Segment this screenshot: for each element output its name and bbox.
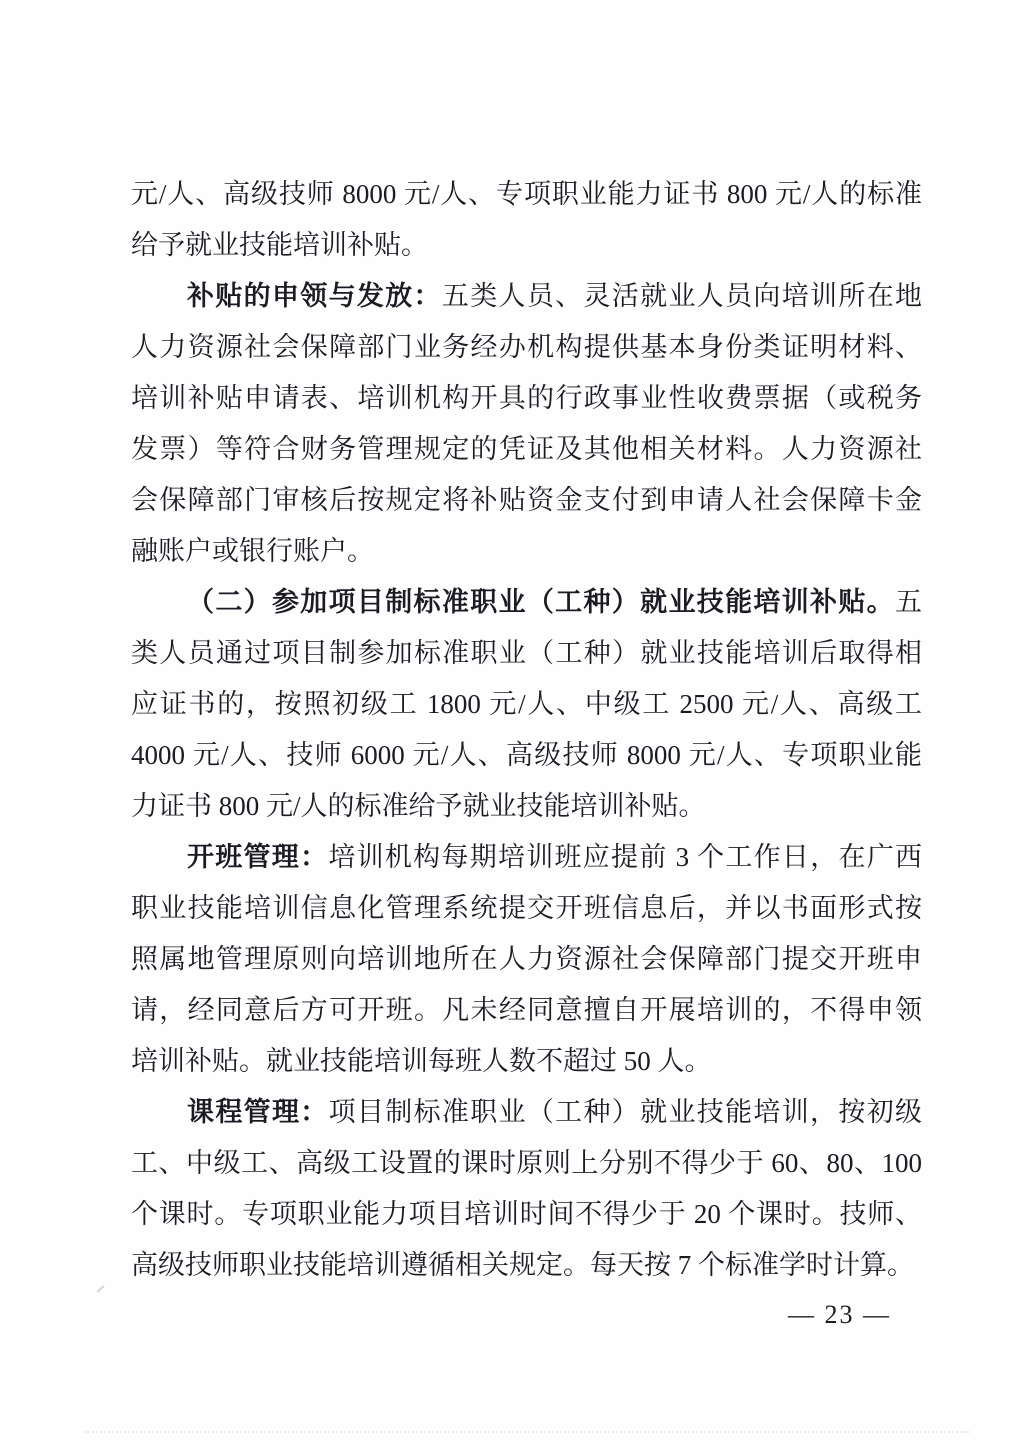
text-line: 人力资源社会保障部门业务经办机构提供基本身份类证明材料、 (131, 322, 922, 373)
text-line: （二）参加项目制标准职业（工种）就业技能培训补贴。五 (131, 577, 922, 628)
text-line: 高级技师职业技能培训遵循相关规定。每天按 7 个标准学时计算。 (131, 1240, 922, 1291)
text-line: 会保障部门审核后按规定将补贴资金支付到申请人社会保障卡金 (131, 475, 922, 526)
text-line: 发票）等符合财务管理规定的凭证及其他相关材料。人力资源社 (131, 424, 922, 475)
text-segment: 五 (895, 587, 922, 617)
text-line: 工、中级工、高级工设置的课时原则上分别不得少于 60、80、100 (131, 1138, 922, 1189)
text-segment: 力证书 800 元/人的标准给予就业技能培训补贴。 (131, 791, 706, 821)
bold-text-segment: 开班管理： (187, 842, 328, 872)
text-line: 照属地管理原则向培训地所在人力资源社会保障部门提交开班申 (131, 934, 922, 985)
text-segment: 培训机构每期培训班应提前 3 个工作日，在广西 (328, 842, 922, 872)
text-line: 培训补贴申请表、培训机构开具的行政事业性收费票据（或税务 (131, 373, 922, 424)
text-segment: 会保障部门审核后按规定将补贴资金支付到申请人社会保障卡金 (131, 485, 922, 515)
scan-artifact-line (85, 1431, 969, 1433)
text-segment: 人力资源社会保障部门业务经办机构提供基本身份类证明材料、 (131, 332, 922, 362)
text-line: 力证书 800 元/人的标准给予就业技能培训补贴。 (131, 781, 922, 832)
document-page: 元/人、高级技师 8000 元/人、专项职业能力证书 800 元/人的标准给予就… (0, 0, 1024, 1448)
text-line: 职业技能培训信息化管理系统提交开班信息后，并以书面形式按 (131, 883, 922, 934)
text-segment: 照属地管理原则向培训地所在人力资源社会保障部门提交开班申 (131, 944, 922, 974)
text-line: 培训补贴。就业技能培训每班人数不超过 50 人。 (131, 1036, 922, 1087)
text-line: 给予就业技能培训补贴。 (131, 220, 922, 271)
text-segment: 4000 元/人、技师 6000 元/人、高级技师 8000 元/人、专项职业能 (131, 740, 922, 770)
text-line: 课程管理：项目制标准职业（工种）就业技能培训，按初级 (131, 1087, 922, 1138)
page-number-label: — 23 — (788, 1300, 891, 1329)
text-segment: 元/人、高级技师 8000 元/人、专项职业能力证书 800 元/人的标准 (131, 179, 922, 209)
text-segment: 给予就业技能培训补贴。 (131, 230, 428, 260)
text-segment: 高级技师职业技能培训遵循相关规定。每天按 7 个标准学时计算。 (131, 1250, 914, 1280)
text-segment: 培训补贴申请表、培训机构开具的行政事业性收费票据（或税务 (131, 383, 922, 413)
text-segment: 工、中级工、高级工设置的课时原则上分别不得少于 60、80、100 (131, 1148, 922, 1178)
text-segment: 培训补贴。就业技能培训每班人数不超过 50 人。 (131, 1046, 712, 1076)
text-line: 4000 元/人、技师 6000 元/人、高级技师 8000 元/人、专项职业能 (131, 730, 922, 781)
text-line: 个课时。专项职业能力项目培训时间不得少于 20 个课时。技师、 (131, 1189, 922, 1240)
paragraph: 开班管理：培训机构每期培训班应提前 3 个工作日，在广西职业技能培训信息化管理系… (131, 832, 922, 1087)
text-segment: 融账户或银行账户。 (131, 536, 374, 566)
text-segment: 职业技能培训信息化管理系统提交开班信息后，并以书面形式按 (131, 893, 922, 923)
bold-text-segment: 课程管理： (187, 1097, 329, 1127)
paragraph: 补贴的申领与发放：五类人员、灵活就业人员向培训所在地人力资源社会保障部门业务经办… (131, 271, 922, 577)
text-line: 开班管理：培训机构每期培训班应提前 3 个工作日，在广西 (131, 832, 922, 883)
text-segment: 个课时。专项职业能力项目培训时间不得少于 20 个课时。技师、 (131, 1199, 922, 1229)
text-line: 元/人、高级技师 8000 元/人、专项职业能力证书 800 元/人的标准 (131, 169, 922, 220)
bold-text-segment: （二）参加项目制标准职业（工种）就业技能培训补贴。 (187, 587, 895, 617)
document-body: 元/人、高级技师 8000 元/人、专项职业能力证书 800 元/人的标准给予就… (131, 169, 922, 1291)
paragraph: （二）参加项目制标准职业（工种）就业技能培训补贴。五类人员通过项目制参加标准职业… (131, 577, 922, 832)
paragraph: 元/人、高级技师 8000 元/人、专项职业能力证书 800 元/人的标准给予就… (131, 169, 922, 271)
page-number: — 23 — (788, 1298, 891, 1332)
text-segment: 应证书的，按照初级工 1800 元/人、中级工 2500 元/人、高级工 (131, 689, 922, 719)
text-line: 类人员通过项目制参加标准职业（工种）就业技能培训后取得相 (131, 628, 922, 679)
text-line: 请，经同意后方可开班。凡未经同意擅自开展培训的，不得申领 (131, 985, 922, 1036)
text-line: 应证书的，按照初级工 1800 元/人、中级工 2500 元/人、高级工 (131, 679, 922, 730)
text-segment: 发票）等符合财务管理规定的凭证及其他相关材料。人力资源社 (131, 434, 922, 464)
text-segment: 项目制标准职业（工种）就业技能培训，按初级 (329, 1097, 922, 1127)
text-segment: 类人员通过项目制参加标准职业（工种）就业技能培训后取得相 (131, 638, 922, 668)
paragraph: 课程管理：项目制标准职业（工种）就业技能培训，按初级工、中级工、高级工设置的课时… (131, 1087, 922, 1291)
text-segment: 请，经同意后方可开班。凡未经同意擅自开展培训的，不得申领 (131, 995, 922, 1025)
scan-artifact-speck (96, 1285, 104, 1293)
bold-text-segment: 补贴的申领与发放： (187, 281, 442, 311)
text-segment: 五类人员、灵活就业人员向培训所在地 (442, 281, 922, 311)
text-line: 补贴的申领与发放：五类人员、灵活就业人员向培训所在地 (131, 271, 922, 322)
text-line: 融账户或银行账户。 (131, 526, 922, 577)
